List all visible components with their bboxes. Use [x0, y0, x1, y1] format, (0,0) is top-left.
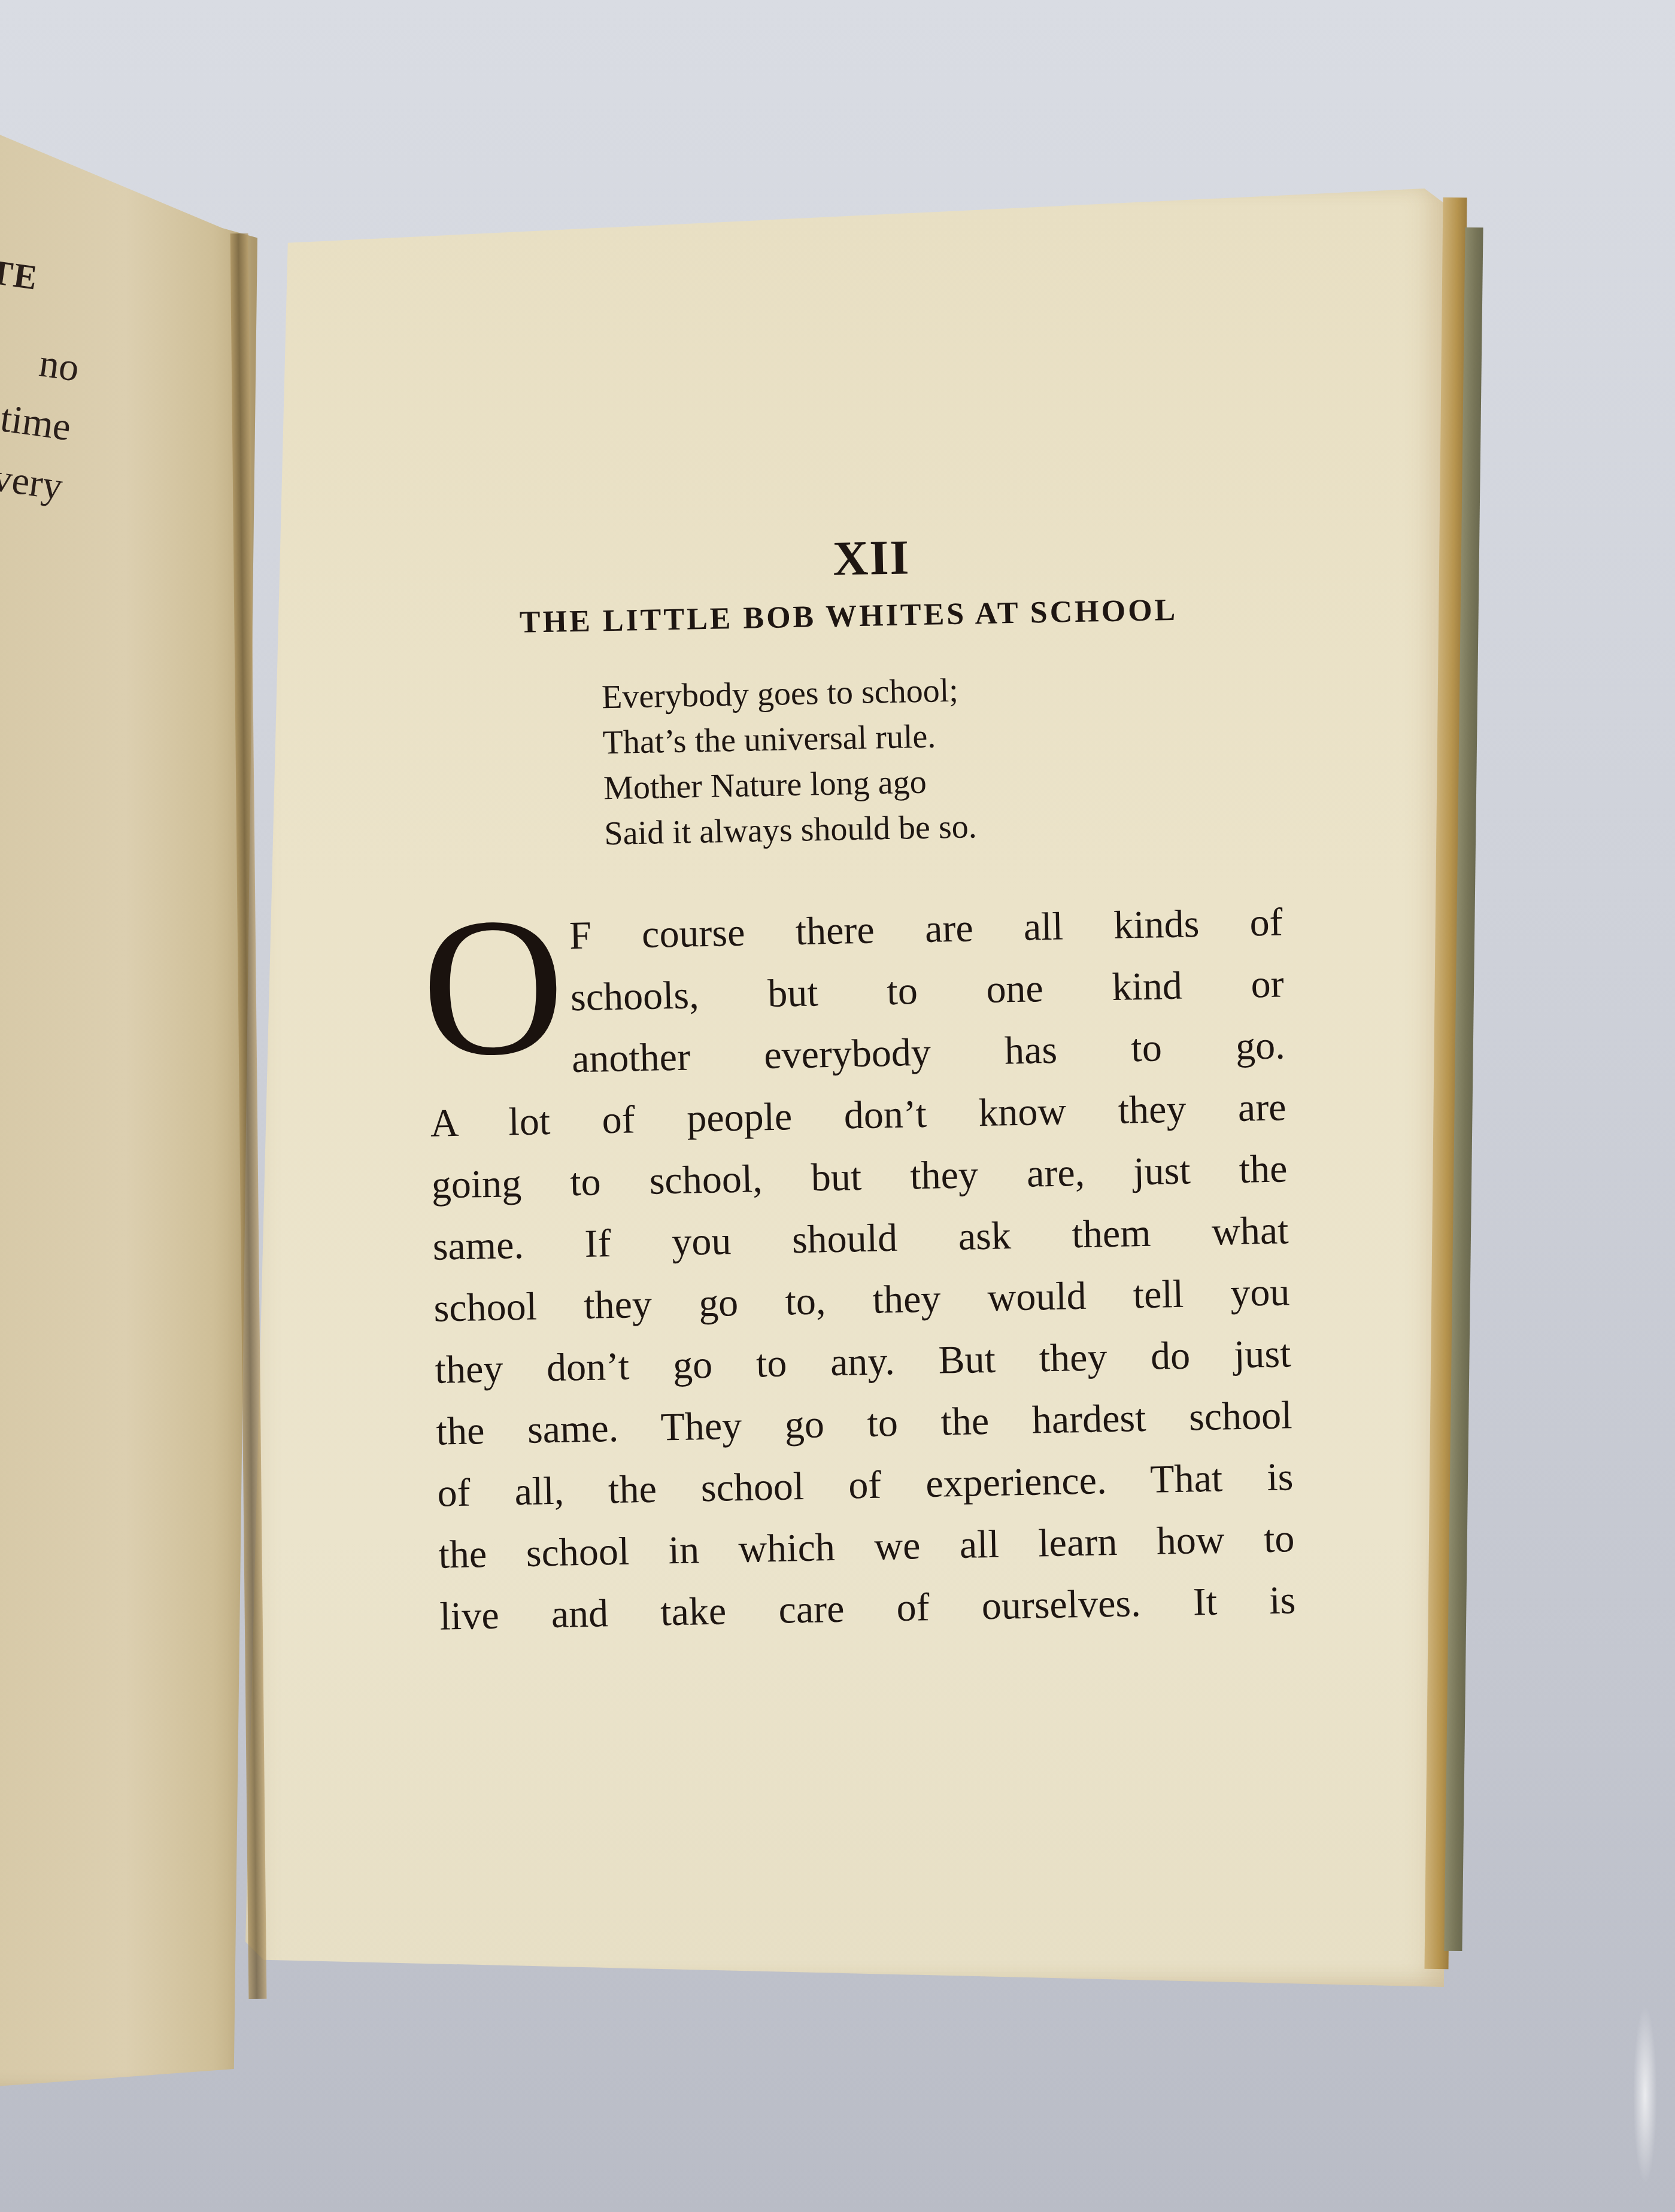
epigraph-verse: Everybody goes to school; That’s the uni…: [601, 662, 1281, 857]
photo-scene: TE no time very XII THE LITTLE BOB WHITE…: [0, 0, 1675, 2212]
light-reflection: [1633, 2005, 1657, 2184]
body-paragraph: O F course there are all kinds of school…: [426, 891, 1296, 1647]
page-text-block: XII THE LITTLE BOB WHITES AT SCHOOL Ever…: [419, 522, 1296, 1648]
chapter-title: THE LITTLE BOB WHITES AT SCHOOL: [420, 591, 1277, 642]
left-page-line: no: [0, 323, 83, 399]
drop-cap: O: [420, 911, 566, 1070]
